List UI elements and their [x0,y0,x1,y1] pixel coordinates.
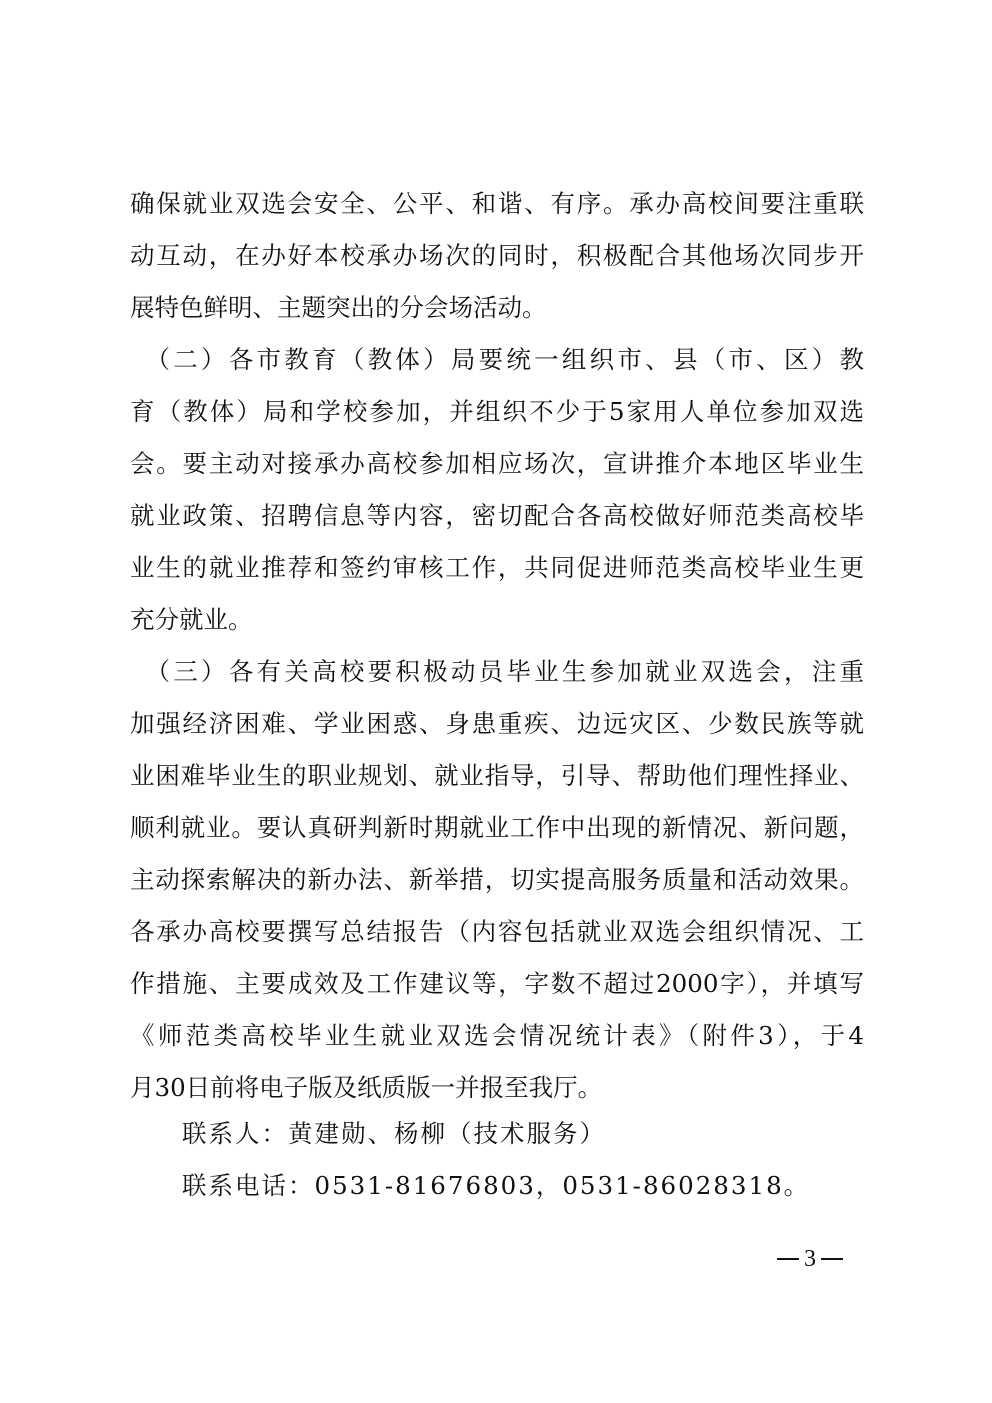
paragraph-3: （三）各有关高校要积极动员毕业生参加就业双选会，注重 加强经济困难、学业困惑、身… [130,646,864,1114]
paragraph-2: （二）各市教育（教体）局要统一组织市、县（市、区）教 育（教体）局和学校参加，并… [130,334,864,646]
text-line: 主动探索解决的新办法、新举措，切实提高服务质量和活动效果。 [130,854,864,906]
text-line: （三）各有关高校要积极动员毕业生参加就业双选会，注重 [130,646,864,698]
page-number-value: 3 [804,1246,816,1273]
document-body: 确保就业双选会安全、公平、和谐、有序。承办高校间要注重联 动互动，在办好本校承办… [130,178,864,1114]
text-line: 会。要主动对接承办高校参加相应场次，宣讲推介本地区毕业生 [130,438,864,490]
text-line: （二）各市教育（教体）局要统一组织市、县（市、区）教 [130,334,864,386]
text-line: 动互动，在办好本校承办场次的同时，积极配合其他场次同步开 [130,230,864,282]
text-line: 加强经济困难、学业困惑、身患重疾、边远灾区、少数民族等就 [130,698,864,750]
text-line: 《师范类高校毕业生就业双选会情况统计表》（附件3），于4 [130,1010,864,1062]
page-number: 3 [760,1244,860,1274]
text-line: 各承办高校要撰写总结报告（内容包括就业双选会组织情况、工 [130,906,864,958]
contact-phone: 联系电话：0531-81676803，0531-86028318。 [182,1160,802,1212]
text-line: 展特色鲜明、主题突出的分会场活动。 [130,282,864,334]
text-line: 业生的就业推荐和签约审核工作，共同促进师范类高校毕业生更 [130,542,864,594]
paragraph-1: 确保就业双选会安全、公平、和谐、有序。承办高校间要注重联 动互动，在办好本校承办… [130,178,864,334]
contact-person: 联系人：黄建勋、杨柳（技术服务） [182,1108,802,1160]
text-line: 顺利就业。要认真研判新时期就业工作中出现的新情况、新问题， [130,802,864,854]
text-line: 确保就业双选会安全、公平、和谐、有序。承办高校间要注重联 [130,178,864,230]
text-line: 育（教体）局和学校参加，并组织不少于5家用人单位参加双选 [130,386,864,438]
text-line: 就业政策、招聘信息等内容，密切配合各高校做好师范类高校毕 [130,490,864,542]
page-number-dash-right [821,1258,843,1260]
document-page: 确保就业双选会安全、公平、和谐、有序。承办高校间要注重联 动互动，在办好本校承办… [0,0,992,1403]
text-line: 作措施、主要成效及工作建议等，字数不超过2000字），并填写 [130,958,864,1010]
text-line: 充分就业。 [130,594,864,646]
text-line: 月30日前将电子版及纸质版一并报至我厅。 [130,1062,864,1114]
text-line: 业困难毕业生的职业规划、就业指导，引导、帮助他们理性择业、 [130,750,864,802]
page-number-dash-left [777,1258,799,1260]
